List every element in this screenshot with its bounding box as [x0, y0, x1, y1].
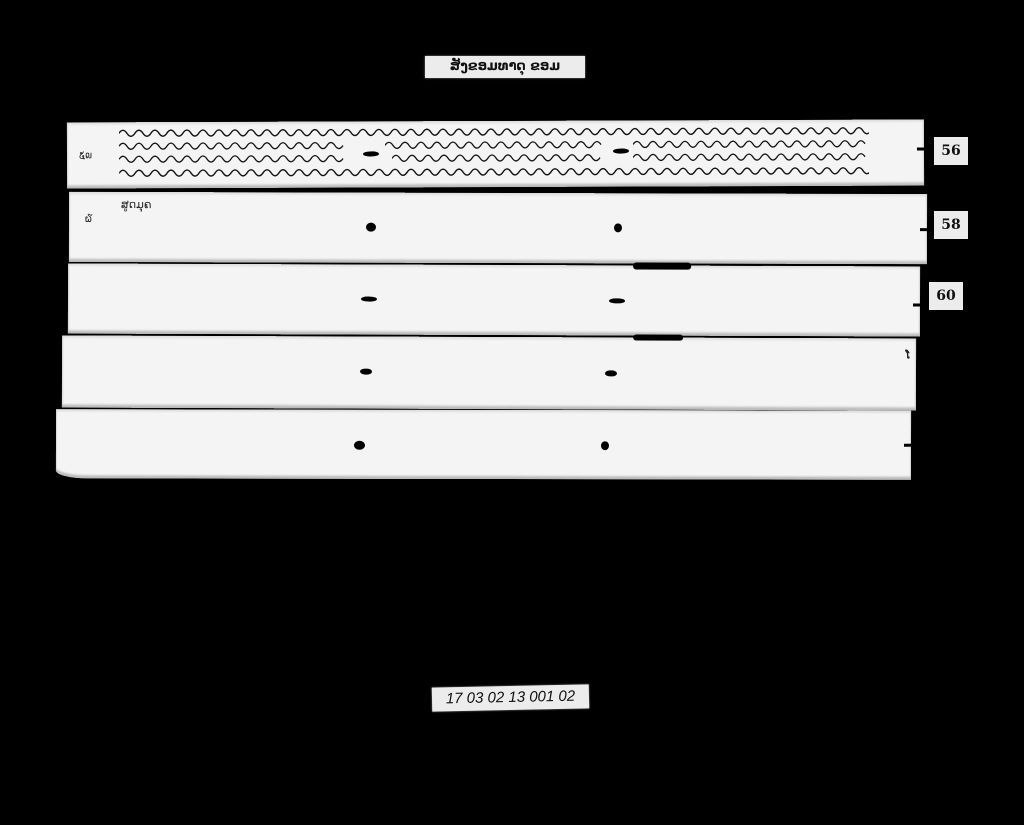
script-line-4: [119, 164, 869, 179]
leaf-damage: [633, 262, 691, 269]
page-tag-58: 58: [934, 211, 968, 239]
script-line-2b: [385, 138, 605, 151]
string-hole: [605, 370, 617, 376]
leaf-notch: [904, 444, 912, 447]
script-line-3a: [119, 152, 344, 165]
palm-leaf-2: ໖ ສູດມຸຄ: [69, 192, 927, 264]
palm-leaf-3: [68, 264, 920, 337]
page-tag-60: 60: [929, 282, 963, 310]
string-hole: [366, 223, 376, 232]
string-hole: [354, 441, 365, 450]
leaf-side-number: ໖: [85, 214, 92, 225]
palm-leaf-4: ໂ: [62, 336, 916, 411]
page-tag-56: 56: [934, 137, 968, 165]
leaf-heading: ສູດມຸຄ: [121, 198, 151, 211]
leaf-notch: [913, 303, 921, 306]
string-hole: [614, 223, 622, 232]
leaf-corner-mark: ໂ: [905, 350, 910, 361]
script-line-3c: [633, 150, 868, 163]
manuscript-title-label: ສັງຂອມທາດຸ ຂອມ: [425, 56, 585, 78]
leaf-damage: [633, 335, 683, 341]
script-line-3b: [392, 151, 602, 164]
string-hole: [361, 297, 377, 302]
script-line-2c: [633, 137, 868, 150]
leaf-side-number: ໕໙: [79, 150, 92, 161]
string-hole: [609, 298, 625, 303]
leaf-notch: [920, 228, 928, 231]
string-hole: [363, 151, 379, 156]
string-hole: [613, 149, 629, 154]
script-line-2a: [119, 139, 349, 152]
string-hole: [601, 441, 609, 450]
string-hole: [360, 369, 372, 375]
palm-leaf-1: ໕໙: [67, 120, 924, 189]
palm-leaf-5: [56, 409, 911, 479]
catalog-id-label: 17 03 02 13 001 02: [432, 684, 589, 711]
leaf-notch: [917, 148, 925, 151]
